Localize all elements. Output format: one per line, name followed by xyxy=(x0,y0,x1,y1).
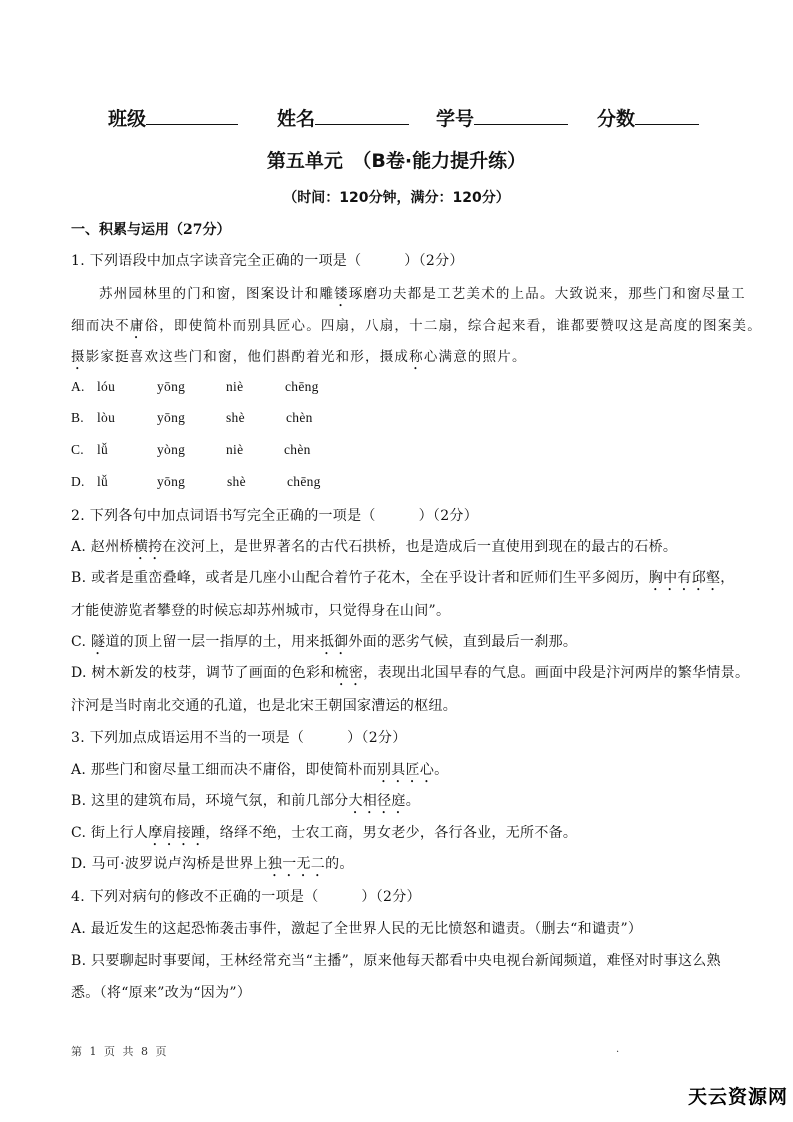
emphasized-idiom: 独一无二 xyxy=(268,856,325,872)
q3-option-d[interactable]: D. 马可·波罗说卢沟桥是世界上独一无二的。 xyxy=(71,853,354,880)
option-letter: C. xyxy=(71,442,84,458)
emphasized-word: 抵御 xyxy=(320,634,349,650)
emphasized-word: 横挎 xyxy=(134,539,163,555)
emphasized-word: 梳密 xyxy=(335,665,364,681)
text: ， xyxy=(720,570,734,586)
pinyin: niè xyxy=(226,379,243,395)
pinyin: chèn xyxy=(284,442,311,458)
q2-option-b-cont: 才能使游览者攀登的时候忘却苏州城市，只觉得身在山间”。 xyxy=(71,600,450,620)
header-name-field: 姓名 xyxy=(277,104,409,131)
text: 道的顶上留一层一指厚的土，用来 xyxy=(105,634,320,650)
class-blank[interactable] xyxy=(146,106,238,125)
q4-stem: 4. 下列对病句的修改不正确的一项是（ ）（2分） xyxy=(71,886,421,906)
q1-stem: 1. 下列语段中加点字读音完全正确的一项是（ ）（2分） xyxy=(71,250,464,270)
q2-option-c[interactable]: C. 隧道的顶上留一层一指厚的土，用来抵御外面的恶劣气候，直到最后一刹那。 xyxy=(71,631,577,658)
q3-option-b[interactable]: B. 这里的建筑布局，环境气氛，和前几部分大相径庭。 xyxy=(71,790,420,817)
pinyin: lǚ xyxy=(97,474,108,490)
text: D. 马可·波罗说卢沟桥是世界上 xyxy=(71,856,268,872)
pinyin: niè xyxy=(226,442,243,458)
text: 心满意的照片。 xyxy=(424,349,527,365)
q2-option-d-cont: 汴河是当时南北交通的孔道，也是北宋王朝国家漕运的枢纽。 xyxy=(71,695,457,715)
name-blank[interactable] xyxy=(315,106,409,125)
q4-option-b[interactable]: B. 只要聊起时事要闻，王林经常充当“主播”，原来他每天都看中央电视台新闻频道，… xyxy=(71,950,721,970)
emphasized-char: 称 xyxy=(409,349,424,365)
pinyin: yōng xyxy=(157,410,185,426)
q1-passage-line-1: 苏州园林里的门和窗，图案设计和雕镂琢磨功夫都是工艺美术的上品。大致说来，那些门和… xyxy=(99,282,746,310)
emphasized-idiom: 摩肩接踵 xyxy=(148,825,205,841)
text: 。 xyxy=(406,793,420,809)
q2-option-a[interactable]: A. 赵州桥横挎在洨河上，是世界著名的古代石拱桥，也是造成后一直使用到现在的最古… xyxy=(71,536,677,563)
pinyin: chèn xyxy=(286,410,313,426)
q2-option-d[interactable]: D. 树木新发的枝芽，调节了画面的色彩和梳密，表现出北国早春的气息。画面中段是汴… xyxy=(71,662,749,689)
text: 在洨河上，是世界著名的古代石拱桥，也是造成后一直使用到现在的最古的石桥。 xyxy=(162,539,677,555)
pinyin: yōng xyxy=(157,474,185,490)
emphasized-char: 隧 xyxy=(91,634,105,650)
pinyin: chēng xyxy=(285,379,319,395)
score-label: 分数 xyxy=(597,108,635,130)
emphasized-word: 胸中有邱壑 xyxy=(649,570,721,586)
text: C. 街上行人 xyxy=(71,825,148,841)
text: C. xyxy=(71,634,91,650)
pinyin: lǚ xyxy=(97,442,108,458)
text: 的。 xyxy=(325,856,354,872)
pinyin: yòng xyxy=(157,442,185,458)
pinyin: yōng xyxy=(157,379,185,395)
text: A. 那些门和窗尽量工细而决不庸俗，即使简朴而 xyxy=(71,762,377,778)
class-label: 班级 xyxy=(108,108,146,130)
text: ，表现出北国早春的气息。画面中段是汴河两岸的繁华情景。 xyxy=(363,665,749,681)
text: 俗，即使简朴而别具匠心。四扇，八扇，十二扇，综合起来看，谁都要赞叹这是高度的图案… xyxy=(145,318,762,334)
student-id-label: 学号 xyxy=(436,108,474,130)
watermark-logo: 天云资源网 xyxy=(688,1082,788,1109)
q1-passage-line-3: 摄影家挺喜欢这些门和窗，他们斟酌着光和形，摄成称心满意的照片。 xyxy=(71,345,527,373)
text: 苏州园林里的门和窗，图案设计和雕 xyxy=(99,286,334,302)
pinyin: chēng xyxy=(287,474,321,490)
header-id-field: 学号 xyxy=(436,104,568,131)
q3-option-c[interactable]: C. 街上行人摩肩接踵，络绎不绝，士农工商，男女老少，各行各业，无所不备。 xyxy=(71,822,577,849)
text: 外面的恶劣气候，直到最后一刹那。 xyxy=(348,634,577,650)
footer-dot: . xyxy=(616,1044,619,1055)
q1-passage-line-2: 细而决不庸俗，即使简朴而别具匠心。四扇，八扇，十二扇，综合起来看，谁都要赞叹这是… xyxy=(71,314,762,342)
q2-option-b[interactable]: B. 或者是重峦叠峰，或者是几座小山配合着竹子花木，全在乎设计者和匠师们生平多阅… xyxy=(71,567,735,594)
score-blank[interactable] xyxy=(635,106,699,125)
text: 。 xyxy=(434,762,448,778)
text: 琢磨功夫都是工艺美术的上品。大致说来，那些门和窗尽量工 xyxy=(349,286,746,302)
option-letter: A. xyxy=(71,379,85,395)
text: D. 树木新发的枝芽，调节了画面的色彩和 xyxy=(71,665,335,681)
header-class-field: 班级 xyxy=(108,104,238,131)
emphasized-char: 镂 xyxy=(334,286,349,302)
text: ，络绎不绝，士农工商，男女老少，各行各业，无所不备。 xyxy=(205,825,577,841)
text: 细而决不 xyxy=(71,318,130,334)
page-number: 第 1 页 共 8 页 xyxy=(71,1043,168,1059)
pinyin: lóu xyxy=(97,379,115,395)
emphasized-char: 摄 xyxy=(71,349,86,365)
name-label: 姓名 xyxy=(277,108,315,130)
emphasized-idiom: 大相径庭 xyxy=(349,793,406,809)
emphasized-idiom: 别具匠心 xyxy=(377,762,434,778)
q3-stem: 3. 下列加点成语运用不当的一项是（ ）（2分） xyxy=(71,727,407,747)
pinyin: lòu xyxy=(97,410,115,426)
q2-stem: 2. 下列各句中加点词语书写完全正确的一项是（ ）（2分） xyxy=(71,505,478,525)
text: B. 或者是重峦叠峰，或者是几座小山配合着竹子花木，全在乎设计者和匠师们生平多阅… xyxy=(71,570,649,586)
section-heading: 一、积累与运用（27分） xyxy=(71,219,230,239)
option-letter: B. xyxy=(71,410,84,426)
pinyin: shè xyxy=(226,410,245,426)
pinyin: shè xyxy=(227,474,246,490)
option-letter: D. xyxy=(71,474,85,490)
q4-option-a[interactable]: A. 最近发生的这起恐怖袭击事件，激起了全世界人民的无比愤怒和谴责。（删去“和谴… xyxy=(71,918,642,938)
q3-option-a[interactable]: A. 那些门和窗尽量工细而决不庸俗，即使简朴而别具匠心。 xyxy=(71,759,448,786)
student-id-blank[interactable] xyxy=(474,106,568,125)
header-score-field: 分数 xyxy=(597,104,699,131)
page-title: 第五单元 （B卷·能力提升练） xyxy=(0,146,793,173)
text: B. 这里的建筑布局，环境气氛，和前几部分 xyxy=(71,793,349,809)
text: 影家挺喜欢这些门和窗，他们斟酌着光和形，摄成 xyxy=(86,349,409,365)
page-subtitle: （时间：120分钟，满分：120分） xyxy=(0,187,793,207)
q4-option-b-cont: 悉。（将“原来”改为“因为”） xyxy=(71,982,251,1002)
emphasized-char: 庸 xyxy=(130,318,145,334)
text: A. 赵州桥 xyxy=(71,539,134,555)
